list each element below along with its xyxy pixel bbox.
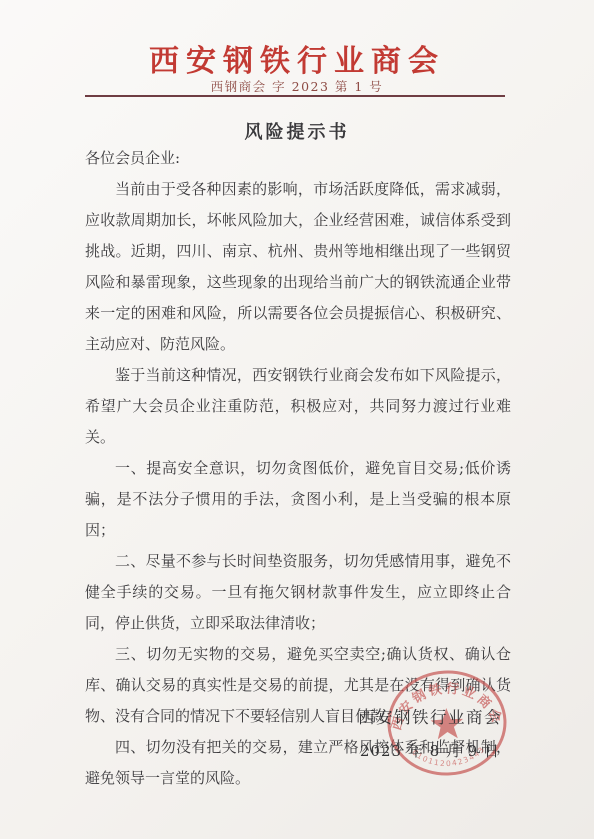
- body-paragraph: 鉴于当前这种情况，西安钢铁行业商会发布如下风险提示，希望广大会员企业注重防范，积…: [85, 360, 511, 453]
- body-paragraph: 二、尽量不参与长时间垫资服务，切勿凭感情用事，避免不健全手续的交易。一旦有拖欠钢…: [85, 546, 511, 639]
- document-page: 西安钢铁行业商会 西钢商会 字 2023 第 1 号 风险提示书 各位会员企业:…: [0, 0, 594, 839]
- body-paragraph: 一、提高安全意识，切勿贪图低价，避免盲目交易;低价诱骗，是不法分子惯用的手法，贪…: [85, 453, 511, 546]
- document-title: 风险提示书: [0, 118, 594, 144]
- body-paragraph: 当前由于受各种因素的影响，市场活跃度降低，需求减弱，应收款周期加长，坏帐风险加大…: [85, 174, 511, 360]
- document-reference-number: 西钢商会 字 2023 第 1 号: [0, 77, 594, 95]
- letterhead-org-name: 西安钢铁行业商会: [0, 36, 594, 80]
- signature-date: 2023 年 8 月 9 日: [360, 740, 500, 761]
- salutation: 各位会员企业:: [85, 143, 511, 174]
- letterhead-divider: [85, 95, 505, 97]
- signature-org-name: 西安钢铁行业商会: [358, 704, 502, 728]
